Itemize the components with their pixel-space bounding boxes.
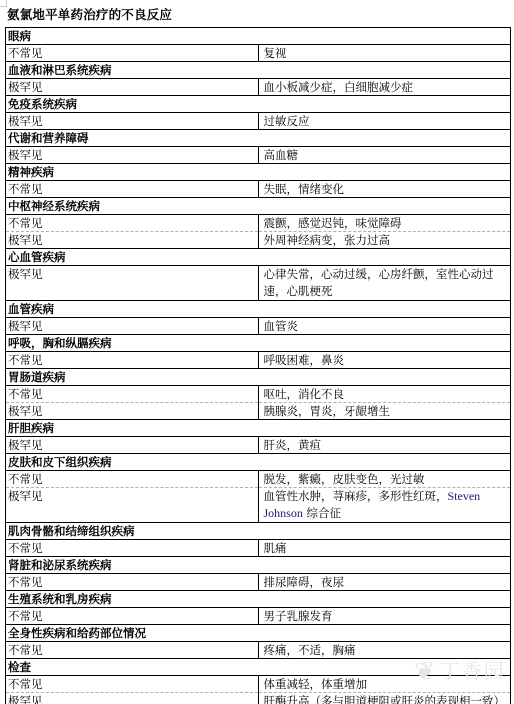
category-name: 免疫系统疾病 [6,96,511,113]
effects-cell: 疼痛，不适，胸痛 [258,642,511,659]
table-row: 极罕见外周神经病变，张力过高 [6,232,511,249]
effects-cell: 高血糖 [258,147,511,164]
frequency-cell: 不常见 [6,45,259,62]
effects-cell: 外周神经病变，张力过高 [258,232,511,249]
category-row: 血管疾病 [6,301,511,318]
category-name: 全身性疾病和给药部位情况 [6,625,511,642]
effects-cell: 体重减轻，体重增加 [258,676,511,693]
effects-cell: 复视 [258,45,511,62]
effects-cell: 失眠，情绪变化 [258,181,511,198]
effects-cell: 肝炎，黄疸 [258,437,511,454]
category-row: 精神疾病 [6,164,511,181]
category-row: 皮肤和皮下组织疾病 [6,454,511,471]
category-row: 呼吸，胸和纵膈疾病 [6,335,511,352]
category-name: 肝胆疾病 [6,420,511,437]
category-name: 代谢和营养障碍 [6,130,511,147]
frequency-cell: 不常见 [6,471,259,488]
effects-cell: 男子乳腺发育 [258,608,511,625]
category-row: 检查 [6,659,511,676]
frequency-cell: 不常见 [6,215,259,232]
effects-cell: 脱发，紫癜，皮肤变色，光过敏 [258,471,511,488]
effects-cell: 胰腺炎，胃炎，牙龈增生 [258,403,511,420]
frequency-cell: 不常见 [6,642,259,659]
table-row: 不常见失眠，情绪变化 [6,181,511,198]
category-name: 肾脏和泌尿系统疾病 [6,557,511,574]
category-name: 检查 [6,659,511,676]
adverse-reactions-table: 眼病 不常见复视 血液和淋巴系统疾病 极罕见血小板减少症，白细胞减少症 免疫系统… [5,27,511,704]
table-row: 极罕见血管性水肿，荨麻疹，多形性红斑，Steven Johnson 综合征 [6,488,511,523]
table-row: 极罕见心律失常，心动过缓，心房纤颤，室性心动过速，心肌梗死 [6,266,511,301]
frequency-cell: 不常见 [6,540,259,557]
document-title: 氨氯地平单药治疗的不良反应 [7,5,172,23]
table-row: 不常见呼吸困难，鼻炎 [6,352,511,369]
table-row: 极罕见胰腺炎，胃炎，牙龈增生 [6,403,511,420]
table-row: 极罕见肝炎，黄疸 [6,437,511,454]
frequency-cell: 极罕见 [6,113,259,130]
category-row: 肾脏和泌尿系统疾病 [6,557,511,574]
table-row: 不常见疼痛，不适，胸痛 [6,642,511,659]
table-row: 极罕见肝酶升高（多与胆道梗阻或肝炎的表现相一致） [6,693,511,704]
category-row: 肌肉骨骼和结缔组织疾病 [6,523,511,540]
category-row: 全身性疾病和给药部位情况 [6,625,511,642]
frequency-cell: 极罕见 [6,693,259,704]
category-row: 免疫系统疾病 [6,96,511,113]
table-row: 极罕见高血糖 [6,147,511,164]
page-corner-mark [0,0,7,7]
category-row: 代谢和营养障碍 [6,130,511,147]
frequency-cell: 不常见 [6,676,259,693]
frequency-cell: 极罕见 [6,79,259,96]
frequency-cell: 不常见 [6,181,259,198]
category-name: 呼吸，胸和纵膈疾病 [6,335,511,352]
frequency-cell: 极罕见 [6,403,259,420]
frequency-cell: 极罕见 [6,318,259,335]
table-row: 不常见呕吐，消化不良 [6,386,511,403]
category-name: 精神疾病 [6,164,511,181]
frequency-cell: 不常见 [6,352,259,369]
table-row: 不常见排尿障碍，夜尿 [6,574,511,591]
table-row: 不常见男子乳腺发育 [6,608,511,625]
category-name: 中枢神经系统疾病 [6,198,511,215]
effects-cell: 血管炎 [258,318,511,335]
effects-cell: 呕吐，消化不良 [258,386,511,403]
frequency-cell: 极罕见 [6,232,259,249]
effects-cell: 震颤，感觉迟钝，味觉障碍 [258,215,511,232]
category-name: 心血管疾病 [6,249,511,266]
category-row: 肝胆疾病 [6,420,511,437]
frequency-cell: 极罕见 [6,266,259,301]
effects-cell: 呼吸困难，鼻炎 [258,352,511,369]
table-row: 不常见震颤，感觉迟钝，味觉障碍 [6,215,511,232]
effects-cell: 血小板减少症，白细胞减少症 [258,79,511,96]
frequency-cell: 极罕见 [6,488,259,523]
category-name: 生殖系统和乳房疾病 [6,591,511,608]
category-row: 眼病 [6,28,511,45]
table-row: 极罕见血小板减少症，白细胞减少症 [6,79,511,96]
frequency-cell: 极罕见 [6,437,259,454]
table-row: 不常见体重减轻，体重增加 [6,676,511,693]
category-name: 肌肉骨骼和结缔组织疾病 [6,523,511,540]
table-row: 不常见复视 [6,45,511,62]
effects-cell: 排尿障碍，夜尿 [258,574,511,591]
effects-cell: 肌痛 [258,540,511,557]
frequency-cell: 不常见 [6,386,259,403]
category-row: 中枢神经系统疾病 [6,198,511,215]
frequency-cell: 极罕见 [6,147,259,164]
table-row: 不常见肌痛 [6,540,511,557]
category-name: 眼病 [6,28,511,45]
category-row: 血液和淋巴系统疾病 [6,62,511,79]
category-name: 血管疾病 [6,301,511,318]
category-name: 皮肤和皮下组织疾病 [6,454,511,471]
frequency-cell: 不常见 [6,574,259,591]
effects-cell: 血管性水肿，荨麻疹，多形性红斑，Steven Johnson 综合征 [258,488,511,523]
effects-cell: 心律失常，心动过缓，心房纤颤，室性心动过速，心肌梗死 [258,266,511,301]
table-row: 不常见脱发，紫癜，皮肤变色，光过敏 [6,471,511,488]
effects-cell: 肝酶升高（多与胆道梗阻或肝炎的表现相一致） [258,693,511,704]
frequency-cell: 不常见 [6,608,259,625]
category-row: 胃肠道疾病 [6,369,511,386]
table-row: 极罕见血管炎 [6,318,511,335]
effects-text: 血管性水肿，荨麻疹，多形性红斑， [264,489,448,503]
category-name: 胃肠道疾病 [6,369,511,386]
effects-text: 综合征 [303,506,341,520]
category-name: 血液和淋巴系统疾病 [6,62,511,79]
effects-cell: 过敏反应 [258,113,511,130]
category-row: 心血管疾病 [6,249,511,266]
table-row: 极罕见过敏反应 [6,113,511,130]
category-row: 生殖系统和乳房疾病 [6,591,511,608]
